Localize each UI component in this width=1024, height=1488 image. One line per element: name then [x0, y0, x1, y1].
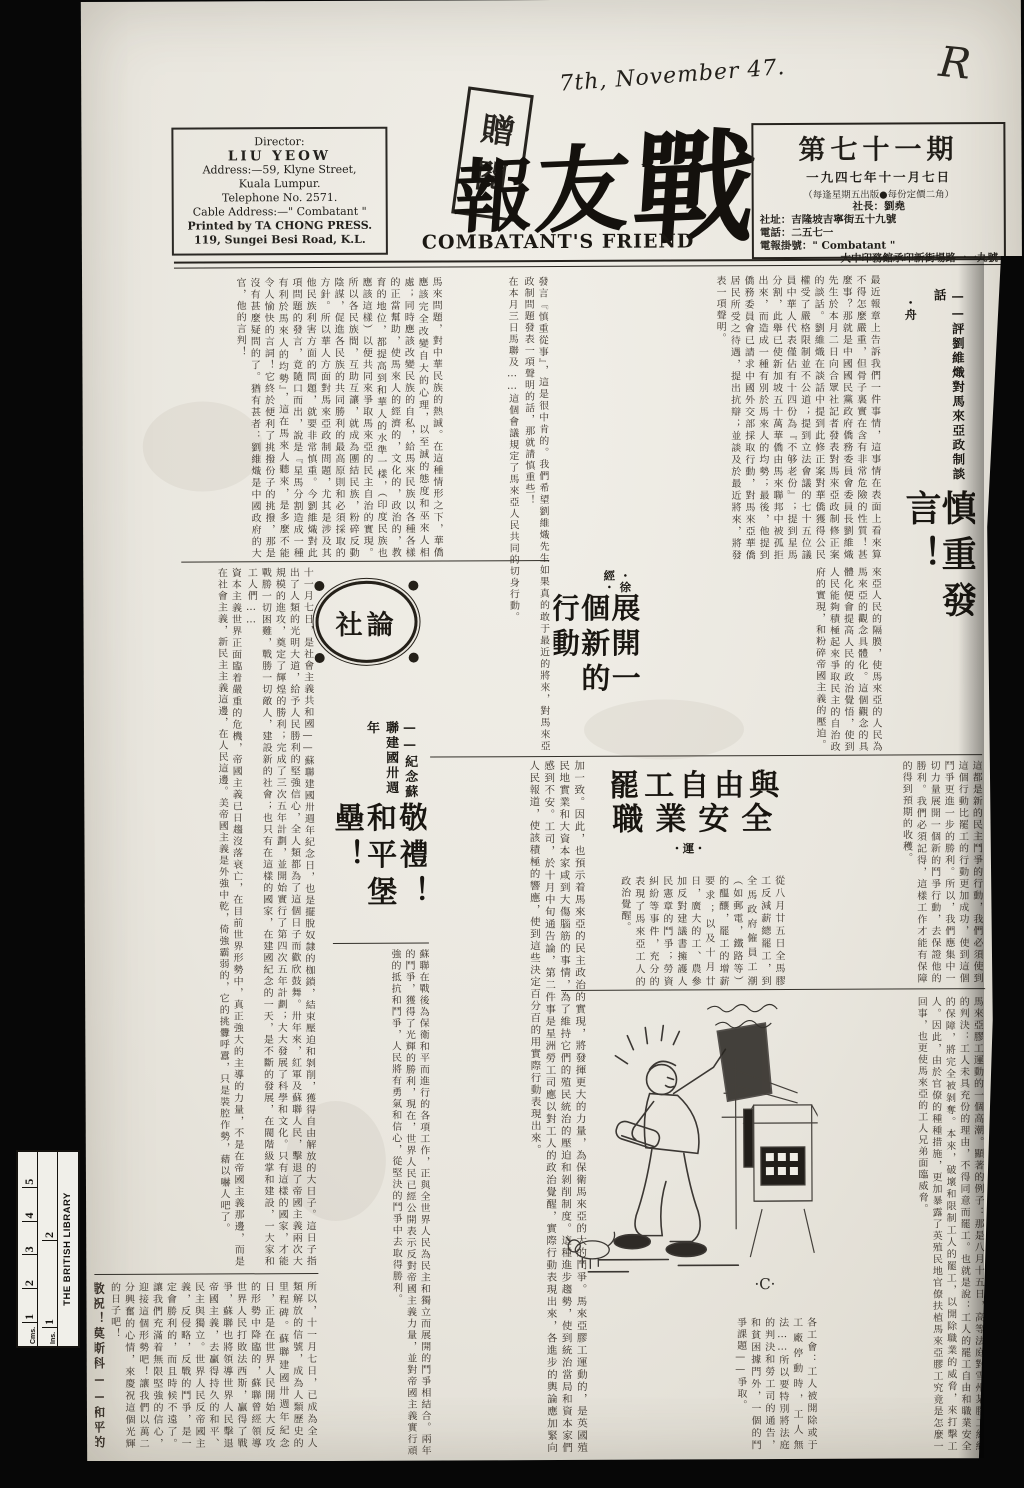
headline-editorial-subhead: ——紀念蘇聯建國卅週年 [329, 721, 420, 803]
headline-strike-line2: 職業安全 [592, 802, 784, 838]
paper-stain [286, 1101, 387, 1221]
ruler-cms-tick: 2 [22, 1255, 37, 1289]
issue-cable: 電報掛號：" Combatant " [760, 239, 998, 253]
editorial-closing1: 敬祝！莫斯科——和平的燈塔！ [94, 1282, 105, 1450]
publisher-cable: Cable Address:—" Combatant " [178, 205, 382, 220]
masthead-char-2: 友 [532, 142, 632, 240]
editorial-body-columns: 十一月七日，是社會主義共和國——蘇聯建國卅週年紀念日，也是擺脫奴隸的枷鎖，結束壓… [91, 567, 316, 1268]
header-rule [174, 258, 1010, 269]
headline-action-text: 展開一個新的行動 [553, 593, 640, 712]
ruler-ins-label: Ins. [50, 1332, 57, 1344]
ruler-cms-tick: 5 [22, 1154, 37, 1188]
headline-action-byline: ・徐經・ [553, 570, 634, 593]
headline-strike-byline: ・運・ [592, 840, 784, 857]
scan-bottom-edge [0, 1461, 1024, 1488]
publisher-printer-address: 119, Sungei Besi Road, K.L. [178, 233, 382, 248]
cartoon-dog [566, 1232, 615, 1269]
article-strike-body2: 這都是新的民主鬥爭的行動，我們必須使到這個行動比罷工的行動更加成功，使到這個鬥爭… [786, 760, 983, 985]
editorial-body4: 所以，十一月七日，已成為全人類解放的信號，成為人類歷史的里程碑。蘇聯建國卅週年紀… [106, 1281, 317, 1450]
headline-strike: 罷工自由與 職業安全 ・運・ [592, 769, 784, 872]
issue-pricing: （每逢星期五出版●每份定價二角） [760, 186, 998, 201]
newspaper-sheet: Director: LIU YEOW Address:—59, Klyne St… [81, 0, 1024, 1462]
masthead-title: 戰 友 報 [403, 99, 756, 251]
issue-number: 第七十一期 [759, 127, 997, 167]
scanned-newspaper-page: Director: LIU YEOW Address:—59, Klyne St… [0, 0, 1024, 1488]
masthead-english-title: COMBATANT'S FRIEND [422, 230, 672, 253]
headline-policy-byline: ・舟 [902, 296, 920, 489]
editorial-body2: 資本主義世界正面臨着嚴重的危機，帝國主義已日趨沒落衰亡，在目前世界形勢中，真正強… [213, 567, 244, 1267]
editorial-badge-label: 社論 [335, 602, 397, 641]
editorial-cartoon: ·C· [557, 997, 818, 1310]
article-action-body: 在本月三日馬聯及……這個會議規定了馬來亞人民共同的切身行動。 [504, 276, 520, 752]
handwritten-date: 7th, November 47. [559, 51, 840, 97]
issue-date: 一九四七年十一月七日 [760, 167, 998, 186]
article-policy-body-right: 最近報章上告訴我們一件事情，這事情在表面上看來算不得怎麼嚴重，但骨子裏實在含有非… [634, 275, 881, 562]
publisher-info-box: Director: LIU YEOW Address:—59, Klyne St… [171, 127, 388, 256]
publisher-phone: Telephone No. 2571. [178, 191, 382, 206]
headline-strike-line1: 罷工自由與 [592, 769, 784, 803]
page-curl-shadow [958, 258, 984, 1458]
section-rule-5 [561, 988, 985, 991]
article-strike-body: 從八月廿五日全馬膠工反減薪總罷工，到全馬政府僱員工潮（如郵電，鐵路等）的醞釀，罷… [595, 875, 785, 988]
publisher-printer: Printed by TA CHONG PRESS. [178, 219, 382, 234]
ruler-cms-tick: 4 [22, 1188, 37, 1222]
publisher-address2: Kuala Lumpur. [178, 177, 382, 192]
director-name: LIU YEOW [177, 149, 381, 164]
library-ruler-card: Cms. 1 2 3 4 5 Ins. 1 2 THE BRITISH LIBR… [16, 1150, 80, 1348]
editorial-badge: 社論 [315, 581, 417, 663]
article-action-lead-column: 發言『慎重從事』，這是很中肯的。我們希望劉維熾先生如果真的敢于最近的將來，對馬來… [444, 276, 550, 752]
headline-editorial-text: 敬禮！和平堡壘！ [329, 802, 427, 945]
issue-phone: 電話：二五七一 [760, 226, 998, 240]
ruler-cms-tick: 3 [22, 1222, 37, 1256]
ruler-cms-tick: 1 [22, 1289, 37, 1323]
section-rule-3 [94, 1273, 318, 1275]
article-strike-body4: 各工會：工人被開除或于工廠停動時，工人無法……所以要特別將法庭的判決和勞工司的通… [559, 1317, 818, 1452]
paper-stain [143, 401, 263, 492]
issue-info-box: 第七十一期 一九四七年十一月七日 （每逢星期五出版●每份定價二角） 社長：劉堯 … [751, 122, 1006, 259]
ruler-ins-scale: Ins. 1 2 [38, 1152, 58, 1346]
ruler-owner-row: THE BRITISH LIBRARY [58, 1152, 77, 1346]
publisher-address1: Address:—59, Klyne Street, [178, 163, 382, 178]
headline-editorial: 敬禮！和平堡壘！ ——紀念蘇聯建國卅週年 [328, 665, 427, 945]
ruler-ins-tick: 1 [42, 1241, 57, 1328]
ruler-owner-label: THE BRITISH LIBRARY [62, 1192, 73, 1306]
article-action-lead: 發言『慎重從事』，這是很中肯的。我們希望劉維熾先生如果真的敢于最近的將來，對馬來… [520, 276, 550, 752]
handwritten-mark: R [937, 37, 973, 89]
cartoon-signature: ·C· [754, 1275, 775, 1293]
ruler-cms-scale: Cms. 1 2 3 4 5 [18, 1152, 38, 1346]
ruler-ins-tick: 2 [42, 1154, 57, 1241]
editorial-closing-columns: 所以，十一月七日，已成為全人類解放的信號，成為人類歷史的里程碑。蘇聯建國卅週年紀… [94, 1281, 317, 1450]
ruler-cms-label: Cms. [30, 1327, 37, 1344]
issue-president: 社長：劉堯 [760, 200, 998, 214]
masthead-char-3: 報 [451, 155, 536, 238]
issue-address: 社址：吉隆坡吉寧街五十九號 [760, 213, 998, 227]
headline-action: 展開一個新的行動 ・徐經・ [553, 460, 640, 712]
cartoon-handwritten-caption [707, 1004, 777, 1027]
